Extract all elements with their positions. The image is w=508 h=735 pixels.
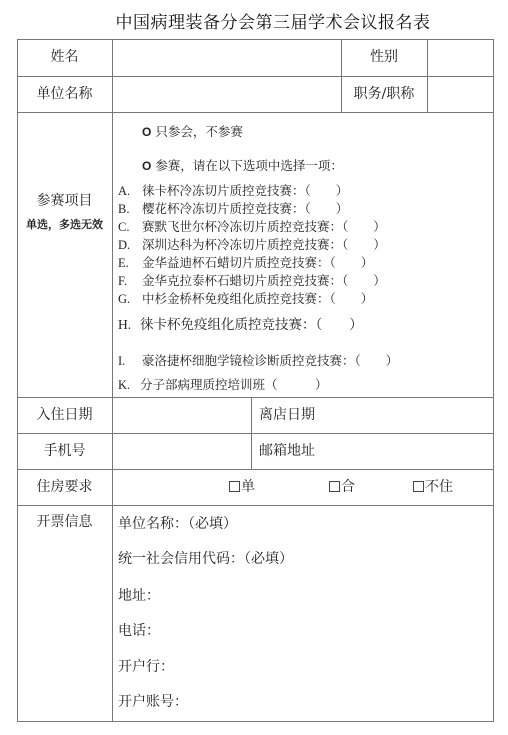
position-field[interactable]: [428, 77, 494, 112]
row-divider: [17, 433, 494, 434]
checkbox-icon[interactable]: [413, 481, 424, 492]
checkin-label: 入住日期: [17, 406, 112, 424]
option-letter: D.: [118, 238, 142, 253]
housing-option-label: 合: [341, 479, 355, 495]
option-text: 分子部病理质控培训班（ ）: [140, 377, 328, 392]
invoice-address[interactable]: 地址：: [118, 585, 160, 605]
invoice-unit-name[interactable]: 单位名称：（必填）: [118, 513, 237, 533]
row-divider: [17, 397, 494, 398]
gender-label: 性别: [341, 48, 427, 66]
position-label: 职务/职称: [341, 85, 427, 103]
name-field[interactable]: [113, 40, 341, 76]
phone-field[interactable]: [113, 434, 251, 469]
invoice-phone[interactable]: 电话：: [118, 620, 160, 640]
option-d[interactable]: D.深圳达科为杯冷冻切片质控竞技赛：（ ）: [118, 237, 386, 253]
option-letter: B.: [118, 202, 142, 217]
housing-label: 住房要求: [17, 478, 112, 496]
email-label[interactable]: 邮箱地址: [259, 442, 315, 460]
option-c[interactable]: C.赛默飞世尔杯冷冻切片质控竞技赛：（ ）: [118, 219, 386, 235]
housing-option-label: 单: [241, 479, 255, 495]
option-letter: C.: [118, 220, 142, 235]
invoice-account[interactable]: 开户账号：: [118, 691, 188, 711]
radio-circle-icon: O: [142, 159, 151, 173]
radio-attend-only[interactable]: O 只参会，不参赛: [142, 124, 243, 140]
option-text: 中杉金桥杯免疫组化质控竞技赛：（ ）: [142, 291, 373, 306]
competition-label: 参赛项目: [17, 192, 112, 210]
radio-attend-only-label: 只参会，不参赛: [155, 124, 243, 139]
housing-option-none[interactable]: 不住: [413, 478, 453, 496]
option-text: 深圳达科为杯冷冻切片质控竞技赛：（ ）: [142, 237, 386, 252]
option-text: 赛默飞世尔杯冷冻切片质控竞技赛：（ ）: [142, 219, 386, 234]
checkin-field[interactable]: [113, 398, 251, 433]
option-letter: H.: [118, 317, 140, 332]
option-h[interactable]: H.徕卡杯免疫组化质控竞技赛：（ ）: [118, 317, 363, 333]
radio-circle-icon: O: [142, 125, 151, 139]
radio-compete-label: 参赛，请在以下选项中选择一项：: [155, 158, 343, 173]
option-text: 徕卡杯免疫组化质控竞技赛：（ ）: [140, 317, 363, 333]
option-letter: I.: [118, 354, 142, 369]
option-text: 樱花杯冷冻切片质控竞技赛：（ ）: [142, 201, 348, 216]
radio-compete[interactable]: O 参赛，请在以下选项中选择一项：: [142, 158, 343, 174]
option-text: 金华克拉泰杯石蜡切片质控竞技赛：（ ）: [142, 273, 386, 288]
invoice-label: 开票信息: [17, 513, 112, 531]
invoice-credit-code[interactable]: 统一社会信用代码：（必填）: [118, 548, 293, 568]
name-label: 姓名: [17, 48, 112, 66]
option-b[interactable]: B.樱花杯冷冻切片质控竞技赛：（ ）: [118, 201, 348, 217]
competition-note: 单选，多选无效: [17, 216, 112, 234]
gender-field[interactable]: [428, 40, 494, 76]
row-divider: [17, 112, 494, 113]
form-title: 中国病理装备分会第三届学术会议报名表: [0, 8, 508, 33]
checkbox-icon[interactable]: [229, 481, 240, 492]
option-e[interactable]: E.金华益迪杯石蜡切片质控竞技赛：（ ）: [118, 255, 373, 271]
option-g[interactable]: G.中杉金桥杯免疫组化质控竞技赛：（ ）: [118, 291, 373, 307]
column-divider: [251, 397, 252, 469]
unit-label: 单位名称: [17, 85, 112, 103]
phone-label: 手机号: [17, 442, 112, 460]
housing-option-shared[interactable]: 合: [329, 478, 355, 496]
option-i[interactable]: I.豪洛捷杯细胞学镜检诊断质控竞技赛：（ ）: [118, 353, 398, 369]
option-letter: K.: [118, 378, 140, 393]
row-divider: [17, 505, 494, 506]
option-letter: A.: [118, 184, 142, 199]
option-text: 豪洛捷杯细胞学镜检诊断质控竞技赛：（ ）: [142, 353, 398, 368]
option-f[interactable]: F.金华克拉泰杯石蜡切片质控竞技赛：（ ）: [118, 273, 386, 289]
unit-field[interactable]: [113, 77, 341, 112]
option-text: 金华益迪杯石蜡切片质控竞技赛：（ ）: [142, 255, 373, 270]
housing-option-label: 不住: [425, 479, 453, 495]
column-divider: [112, 39, 113, 722]
option-a[interactable]: A.徕卡杯冷冻切片质控竞技赛：（ ）: [118, 183, 348, 199]
invoice-bank[interactable]: 开户行：: [118, 656, 174, 676]
housing-option-single[interactable]: 单: [229, 478, 255, 496]
option-letter: F.: [118, 274, 142, 289]
option-k[interactable]: K.分子部病理质控培训班（ ）: [118, 377, 328, 393]
checkout-label[interactable]: 离店日期: [259, 406, 315, 424]
row-divider: [17, 469, 494, 470]
option-text: 徕卡杯冷冻切片质控竞技赛：（ ）: [142, 183, 348, 198]
option-letter: E.: [118, 256, 142, 271]
option-letter: G.: [118, 292, 142, 307]
checkbox-icon[interactable]: [329, 481, 340, 492]
